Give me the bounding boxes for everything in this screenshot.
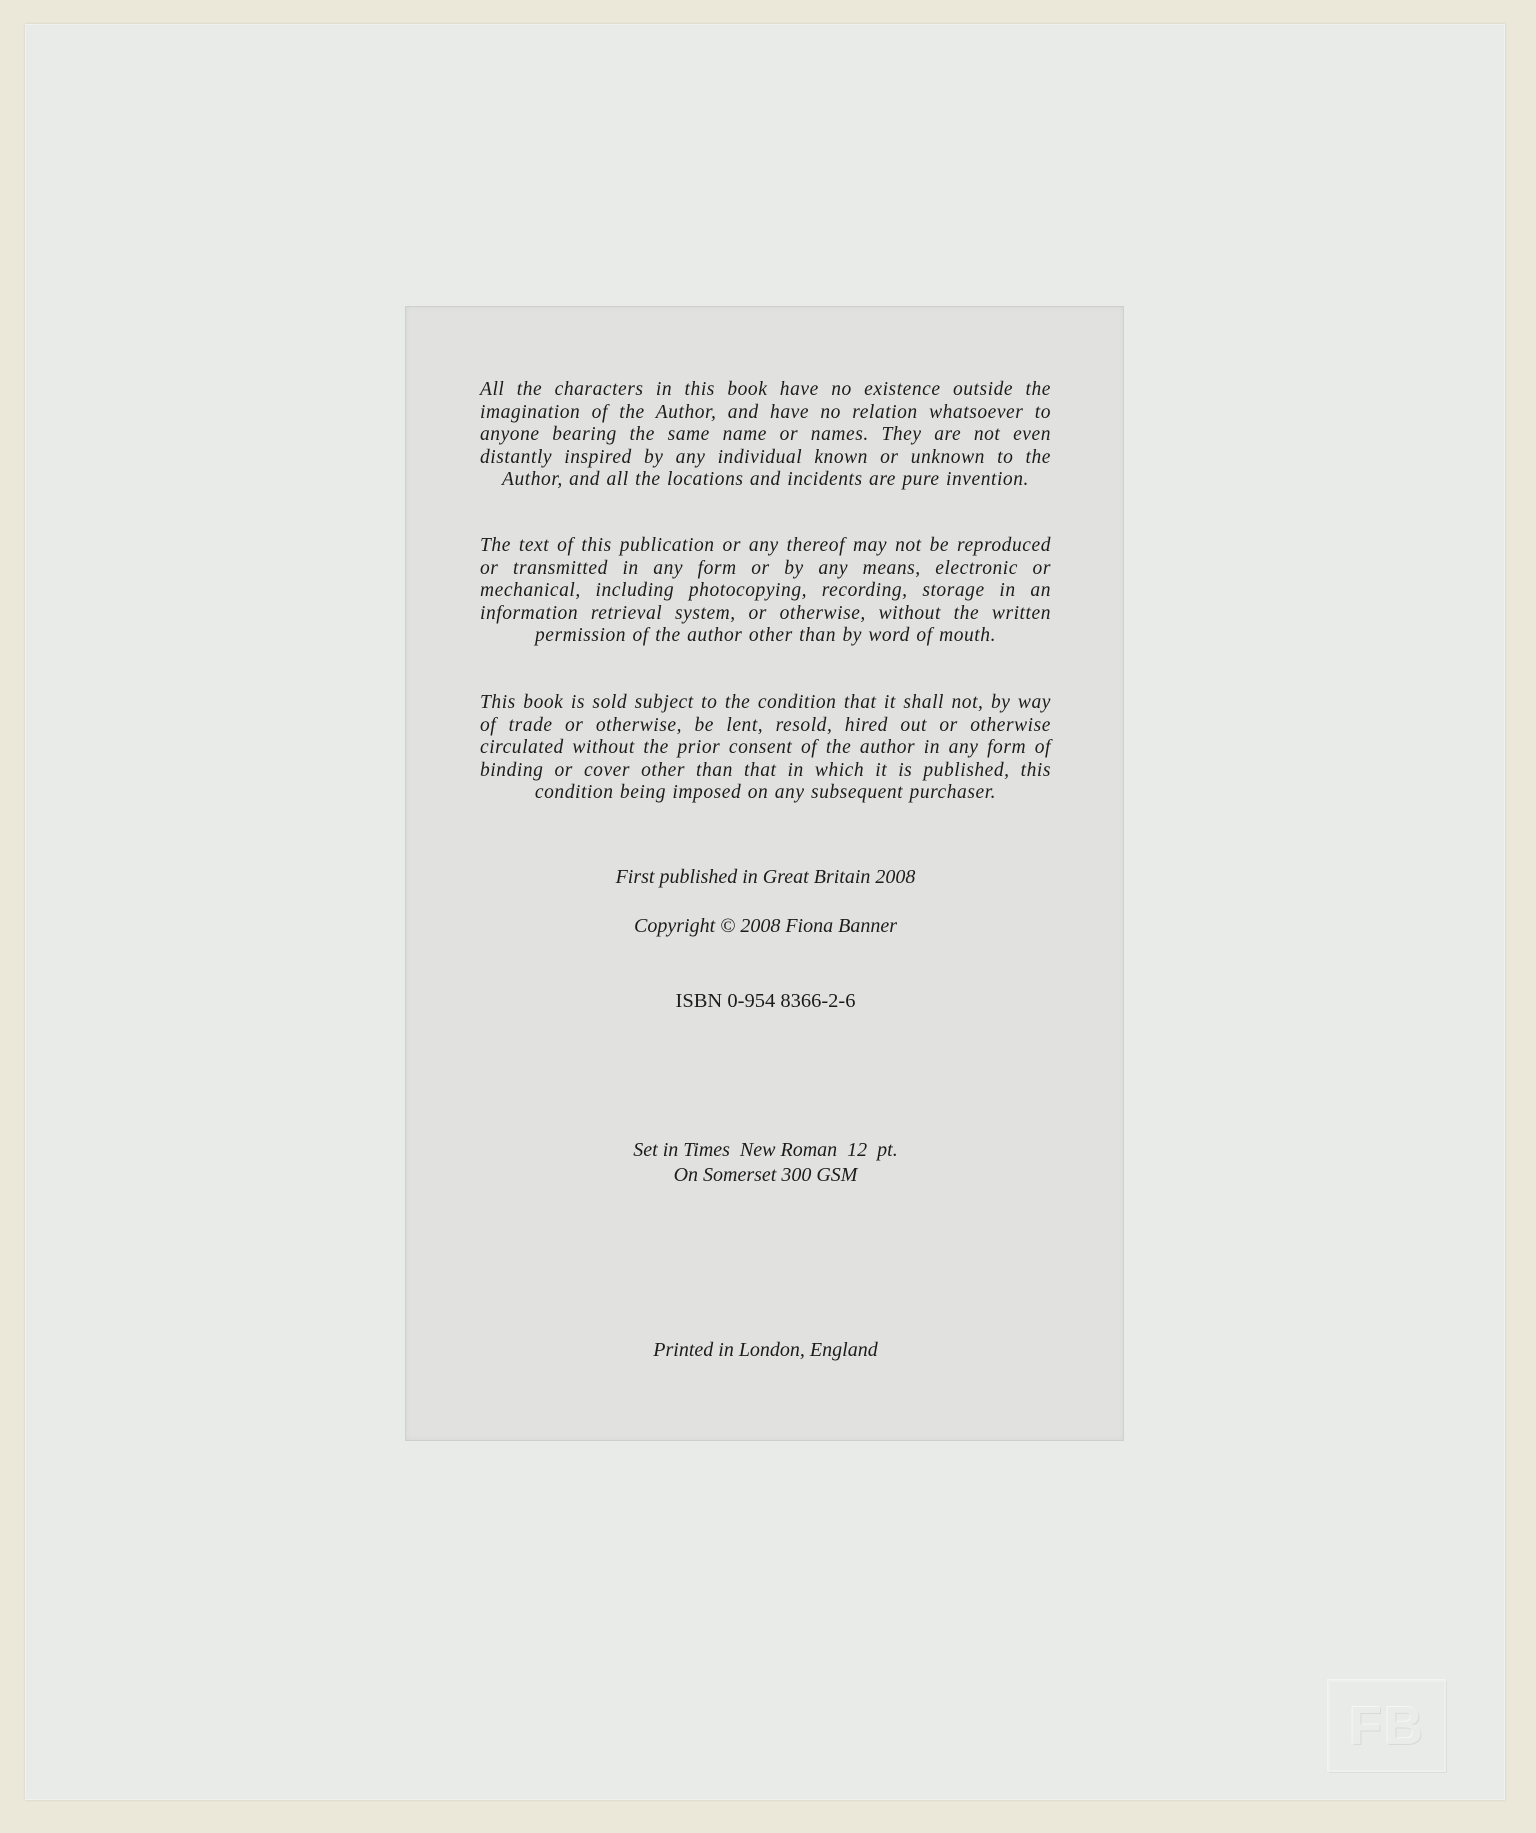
copyright-line: Copyright © 2008 Fiona Banner [406,915,1125,938]
reproduction-paragraph: The text of this publication or any ther… [480,535,1051,648]
printed-location-line: Printed in London, England [406,1339,1125,1362]
fb-chop-mark-icon: FB [1328,1680,1446,1772]
typeset-line: Set in Times New Roman 12 pt. [406,1139,1125,1162]
paper-stock-line: On Somerset 300 GSM [406,1164,1125,1187]
isbn-line: ISBN 0-954 8366-2-6 [406,990,1125,1013]
disclaimer-paragraph: All the characters in this book have no … [480,379,1051,492]
first-published-line: First published in Great Britain 2008 [406,866,1125,889]
printed-plate: All the characters in this book have no … [405,306,1124,1441]
sale-condition-paragraph: This book is sold subject to the conditi… [480,692,1051,805]
